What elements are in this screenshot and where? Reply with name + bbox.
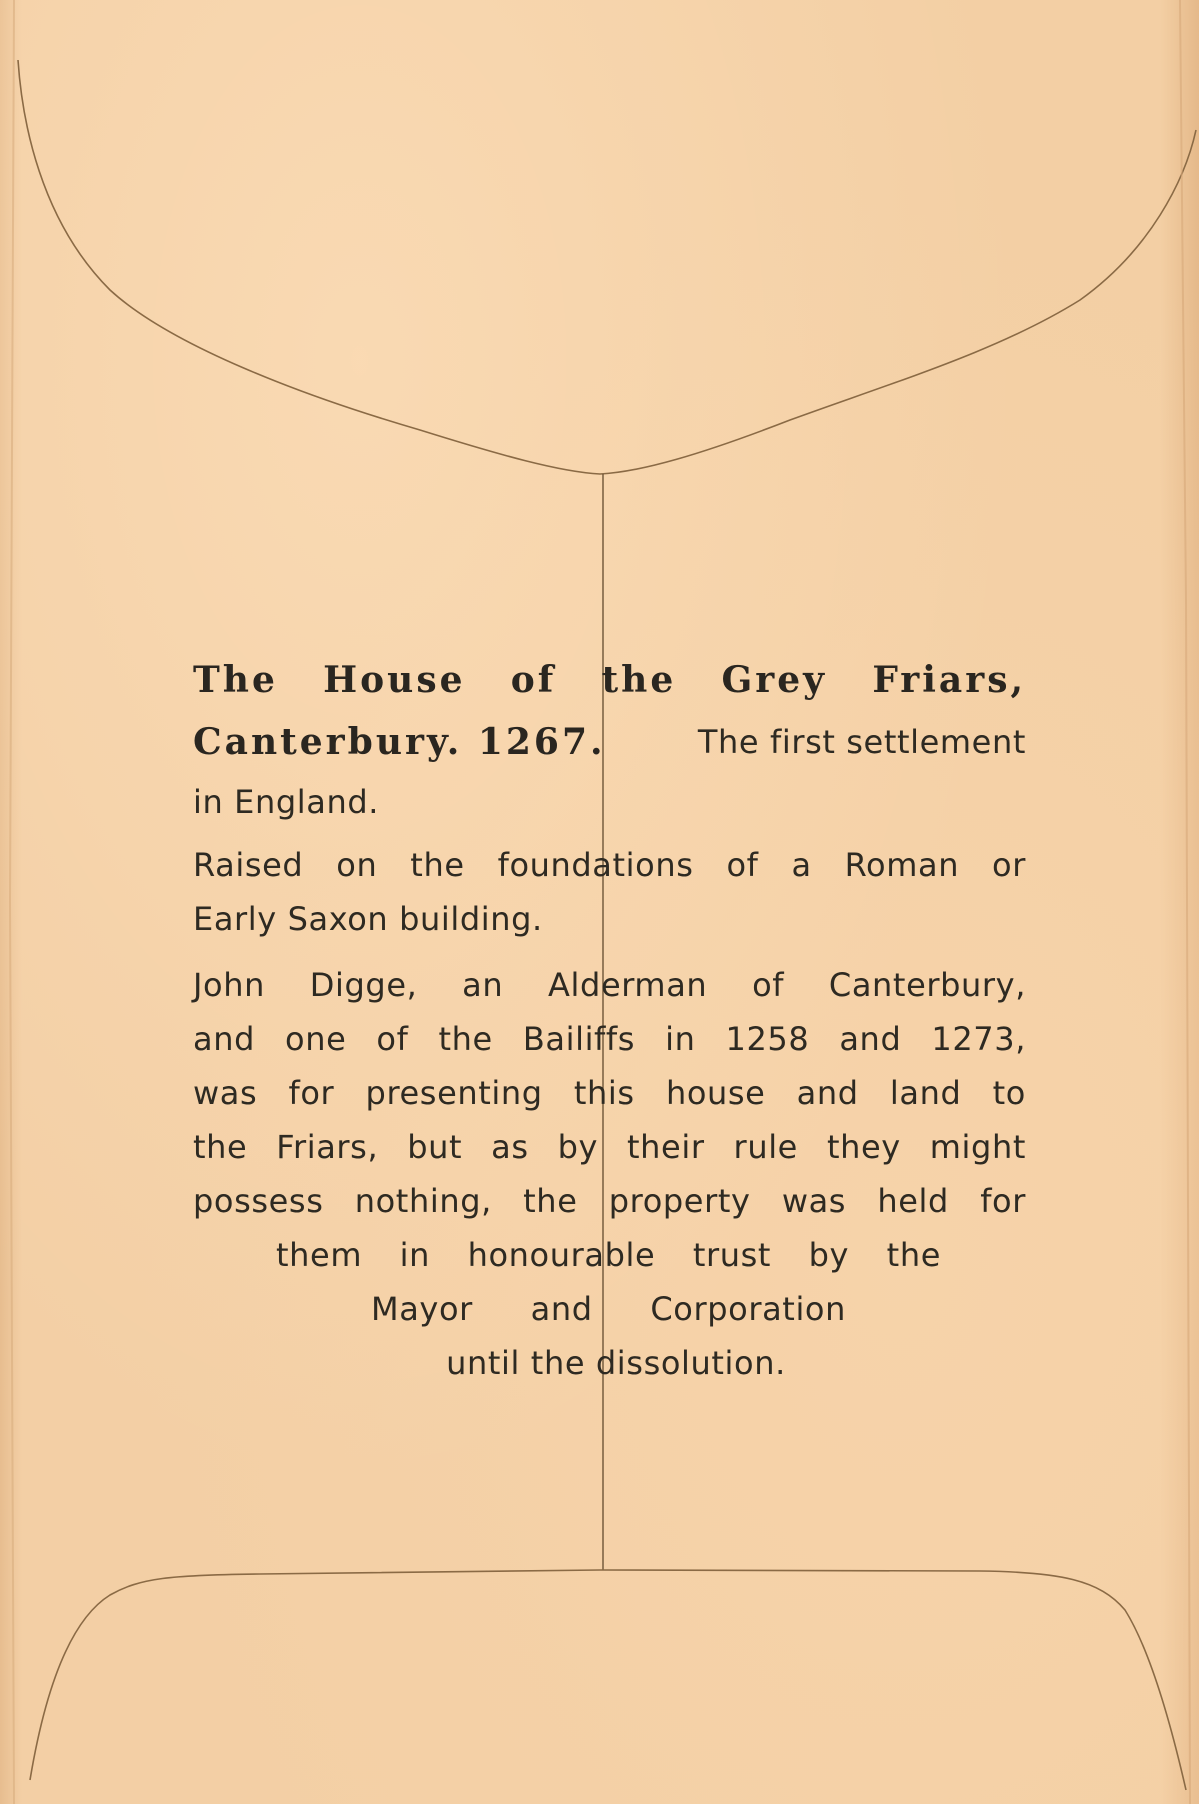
closing-line-3: until the dissolution. (426, 1343, 806, 1383)
heading-subtitle-plain: The first settlement (698, 722, 1026, 762)
paragraph-2-line-4: the Friars, but as by their rule they mi… (193, 1127, 1026, 1167)
heading-subtitle-blackletter: Canterbury. 1267. (193, 722, 606, 762)
paragraph-2-line-1: John Digge, an Alderman of Canterbury, (193, 965, 1026, 1005)
paragraph-1-line-2: Early Saxon building. (193, 899, 1026, 939)
paragraph-1-line-1: Raised on the foundations of a Roman or (193, 845, 1026, 885)
paragraph-2-line-5: possess nothing, the property was held f… (193, 1181, 1026, 1221)
top-flap-outline (18, 60, 1196, 474)
left-edge-fold (10, 0, 14, 1804)
closing-line-2: Mayor and Corporation (371, 1289, 846, 1329)
heading-subtitle-line: Canterbury. 1267. The first settlement (193, 722, 1026, 762)
paragraph-2-line-2: and one of the Bailiffs in 1258 and 1273… (193, 1019, 1026, 1059)
paragraph-2-line-3: was for presenting this house and land t… (193, 1073, 1026, 1113)
closing-line-1: them in honourable trust by the (276, 1235, 941, 1275)
heading-continuation: in England. (193, 782, 1026, 822)
heading-title-line: The House of the Grey Friars, (193, 660, 1026, 700)
right-edge-fold (1180, 0, 1190, 1804)
bottom-flap-outline (30, 1570, 1186, 1790)
